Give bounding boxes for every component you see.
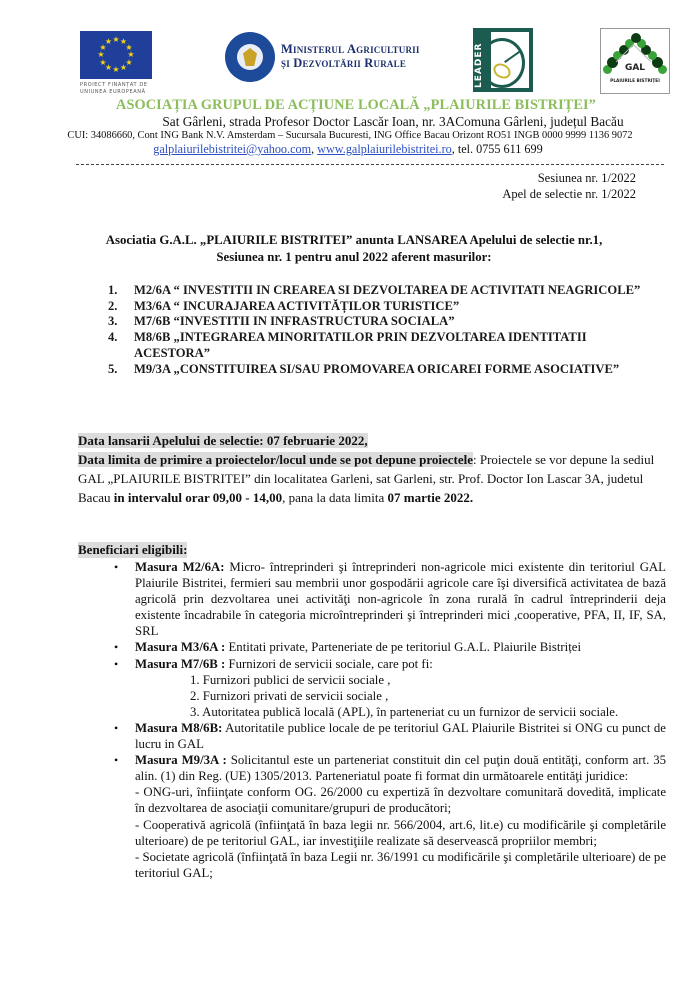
gal-tree-logo-icon: GAL PLAIURILE BISTRIȚEI [600, 28, 670, 94]
measure-item: 1.M2/6A “ INVESTITII IN CREAREA SI DEZVO… [108, 283, 648, 299]
beneficiaries-list: Masura M2/6A: Micro- întreprinderi şi în… [112, 559, 666, 881]
submission-hours: in intervalul orar 09,00 - 14,00 [114, 490, 282, 505]
announcement-line2: Sesiunea nr. 1 pentru anul 2022 aferent … [12, 249, 696, 266]
document-page: ★★★★★★★★★★★★ PROIECT FINANȚAT DE UNIUNEA… [0, 0, 696, 991]
measure-text: M3/6A “ INCURAJAREA ACTIVITĂȚILOR TURIST… [134, 299, 459, 313]
eu-caption-line1: PROIECT FINANȚAT DE [80, 82, 152, 89]
eu-logo: ★★★★★★★★★★★★ PROIECT FINANȚAT DE UNIUNEA… [80, 31, 152, 96]
measure-number: 3. [108, 314, 117, 330]
measure-item: 5.M9/3A „CONSTITUIREA SI/SAU PROMOVAREA … [108, 362, 648, 378]
eu-caption-line2: UNIUNEA EUROPEANĂ [80, 89, 152, 96]
leader-logo-icon: LEADER [473, 28, 533, 92]
beneficiary-item: Masura M7/6B : Furnizori de servicii soc… [112, 656, 666, 720]
ministry-line1: Ministerul Agriculturii [281, 42, 420, 56]
beneficiary-text: Furnizori de servicii sociale, care pot … [225, 657, 433, 671]
announcement-heading: Asociatia G.A.L. „PLAIURILE BISTRITEI” a… [0, 232, 696, 266]
call-dates: Data lansarii Apelului de selectie: 07 f… [78, 431, 668, 507]
deadline-text-2: , pana la data limita [282, 490, 387, 505]
romanian-government-seal-icon [225, 32, 275, 82]
gal-word: GAL [601, 63, 669, 73]
measure-label: Masura M9/3A : [135, 753, 227, 767]
beneficiary-text: Entitati private, Parteneriate de pe ter… [225, 640, 581, 654]
organization-address: Sat Gârleni, strada Profesor Doctor Lasc… [0, 114, 696, 130]
deadline-date: 07 martie 2022. [388, 490, 474, 505]
measure-number: 1. [108, 283, 117, 299]
partner-entity: - Cooperativă agricolă (înfiinţată în ba… [135, 817, 666, 849]
measure-text: M9/3A „CONSTITUIREA SI/SAU PROMOVAREA OR… [134, 362, 619, 376]
partner-entity: - Societate agricolă (înfiinţată în baza… [135, 849, 666, 881]
ministry-name: Ministerul Agriculturii și Dezvoltării R… [281, 42, 420, 70]
measure-label: Masura M2/6A: [135, 560, 225, 574]
measure-item: 2.M3/6A “ INCURAJAREA ACTIVITĂȚILOR TURI… [108, 299, 648, 315]
eu-flag-icon: ★★★★★★★★★★★★ [80, 31, 152, 79]
ministry-line2: și Dezvoltării Rurale [281, 56, 420, 70]
call-number: Apel de selectie nr. 1/2022 [502, 186, 636, 202]
measure-label: Masura M8/6B: [135, 721, 222, 735]
provider-type: 2. Furnizori privati de servicii sociale… [135, 688, 666, 704]
beneficiary-item: Masura M9/3A : Solicitantul este un part… [112, 752, 666, 881]
measures-list: 1.M2/6A “ INVESTITII IN CREAREA SI DEZVO… [108, 283, 648, 377]
deadline-paragraph: Data limita de primire a proiectelor/loc… [78, 450, 668, 507]
phone-number: , tel. 0755 611 699 [452, 142, 543, 156]
measure-label: Masura M7/6B : [135, 657, 225, 671]
email-link[interactable]: galplaiurilebistritei@yahoo.com [153, 142, 311, 156]
beneficiary-item: Masura M2/6A: Micro- întreprinderi şi în… [112, 559, 666, 639]
measure-number: 4. [108, 330, 117, 346]
measure-text: M7/6B “INVESTITII IN INFRASTRUCTURA SOCI… [134, 314, 455, 328]
provider-type: 1. Furnizori publici de servicii sociale… [135, 672, 666, 688]
gal-subtitle: PLAIURILE BISTRIȚEI [601, 79, 669, 84]
launch-date: Data lansarii Apelului de selectie: 07 f… [78, 433, 368, 448]
provider-type: 3. Autoritatea publică locală (APL), în … [135, 704, 666, 720]
deadline-label: Data limita de primire a proiectelor/loc… [78, 452, 473, 467]
beneficiaries-title: Beneficiari eligibili: [78, 542, 187, 558]
leader-word: LEADER [474, 43, 484, 88]
header-divider [76, 164, 664, 165]
beneficiary-item: Masura M3/6A : Entitati private, Partene… [112, 639, 666, 655]
organization-contact: galplaiurilebistritei@yahoo.com, www.gal… [0, 142, 696, 157]
announcement-line1: Asociatia G.A.L. „PLAIURILE BISTRITEI” a… [12, 232, 696, 249]
measure-item: 4.M8/6B „INTEGRAREA MINORITATILOR PRIN D… [108, 330, 648, 361]
session-number: Sesiunea nr. 1/2022 [502, 170, 636, 186]
measure-number: 2. [108, 299, 117, 315]
eu-caption: PROIECT FINANȚAT DE UNIUNEA EUROPEANĂ [80, 82, 152, 96]
measure-number: 5. [108, 362, 117, 378]
measure-item: 3.M7/6B “INVESTITII IN INFRASTRUCTURA SO… [108, 314, 648, 330]
session-info: Sesiunea nr. 1/2022 Apel de selectie nr.… [502, 170, 636, 202]
beneficiary-item: Masura M8/6B: Autoritatile publice local… [112, 720, 666, 752]
measure-text: M8/6B „INTEGRAREA MINORITATILOR PRIN DEZ… [134, 330, 587, 360]
organization-bank-details: CUI: 34086660, Cont ING Bank N.V. Amster… [0, 130, 696, 141]
measure-text: M2/6A “ INVESTITII IN CREAREA SI DEZVOLT… [134, 283, 640, 297]
organization-name: ASOCIAȚIA GRUPUL DE ACȚIUNE LOCALĂ „PLAI… [0, 97, 696, 114]
website-link[interactable]: www.galplaiurilebistritei.ro [317, 142, 452, 156]
ministry-logo: Ministerul Agriculturii și Dezvoltării R… [225, 32, 475, 84]
measure-label: Masura M3/6A : [135, 640, 225, 654]
partner-entity: - ONG-uri, înfiinţate conform OG. 26/200… [135, 784, 666, 816]
